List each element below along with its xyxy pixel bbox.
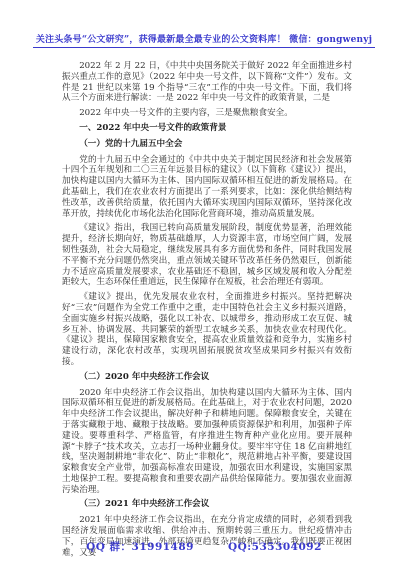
section-1-heading: 一、2022 年中央一号文件的政策背景	[62, 123, 352, 134]
subsection-1-3-heading: （三）2021 年中央经济工作会议	[62, 499, 352, 510]
qq-number: QQ:535304092	[228, 541, 322, 553]
footer-contacts: QQ 群：31991489QQ:535304092	[0, 539, 408, 554]
document-page: 关注头条号“公文研究”，获得最新最全最专业的公文资料库！ 微信：gongweny…	[0, 0, 408, 580]
subsection-1-1-heading: （一）党的十九届五中全会	[62, 139, 352, 150]
paragraph-intro-1: 2022 年 2 月 22 日，《中共中央国务院关于做好 2022 年全面推进乡…	[62, 61, 352, 104]
paragraph-intro-2: 2022 年中央一号文件的主要内容，三是聚焦粮食安全。	[62, 108, 352, 119]
document-body: 2022 年 2 月 22 日，《中共中央国务院关于做好 2022 年全面推进乡…	[62, 61, 352, 558]
paragraph-sub1-1: 党的十九届五中全会通过的《中共中央关于制定国民经济和社会发展第十四个五年规划和二…	[62, 155, 352, 220]
subsection-1-2-heading: （二）2020 年中央经济工作会议	[62, 372, 352, 383]
promo-banner-text: 关注头条号“公文研究”，获得最新最全最专业的公文资料库！ 微信：gongweny…	[33, 32, 375, 48]
header-banner-row: 关注头条号“公文研究”，获得最新最全最专业的公文资料库！ 微信：gongweny…	[0, 0, 408, 48]
paragraph-sub1-2: 《建议》指出，我国已转向高质量发展阶段，制度优势显著，治理效能提升，经济长期向好…	[62, 223, 352, 288]
paragraph-sub1-3: 《建议》提出，优先发展农业农村，全面推进乡村振兴。坚持把解决好“三农”问题作为全…	[62, 292, 352, 368]
paragraph-sub2-1: 2020 年中央经济工作会议指出，加快构建以国内大循环为主体、国内国际双循环相互…	[62, 388, 352, 496]
qq-group-number: QQ 群：31991489	[86, 539, 194, 554]
